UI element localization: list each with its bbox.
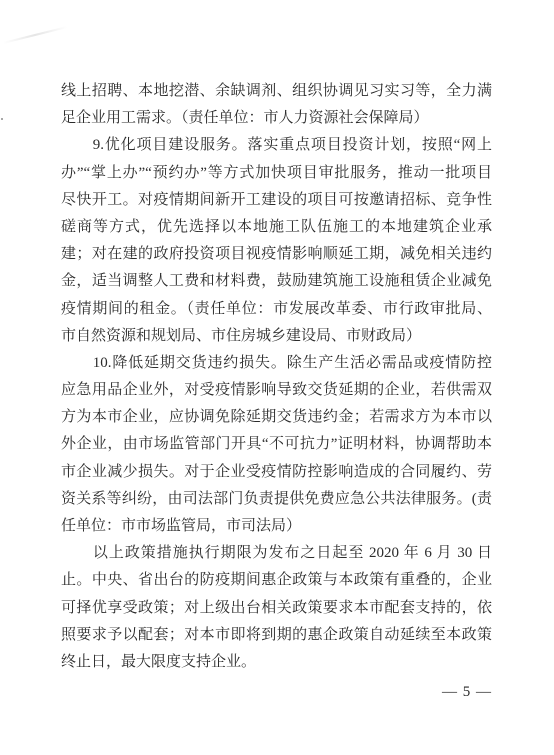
text-line: 磋商等方式，优先选择以本地施工队伍施工的本地建筑企业承 bbox=[61, 214, 492, 241]
document-body: 线上招聘、本地挖潜、余缺调剂、组织协调见习实习等，全力满 足企业用工需求。（责任… bbox=[61, 78, 492, 676]
text-line: 市企业减少损失。对于企业受疫情防控影响造成的合同履约、劳 bbox=[61, 459, 492, 486]
text-line: 办”“掌上办”“预约办”等方式加快项目审批服务，推动一批项目 bbox=[61, 160, 492, 187]
text-line: 照要求予以配套；对本市即将到期的惠企政策自动延续至本政策 bbox=[61, 622, 492, 649]
text-line: 方为本市企业，应协调免除延期交货违约金；若需求方为本市以 bbox=[61, 404, 492, 431]
text-line: 10.降低延期交货违约损失。除生产生活必需品或疫情防控 bbox=[61, 350, 492, 377]
scanned-document-page: 线上招聘、本地挖潜、余缺调剂、组织协调见习实习等，全力满 足企业用工需求。（责任… bbox=[0, 0, 554, 755]
scan-artifact bbox=[1, 118, 3, 120]
text-line: 市自然资源和规划局、市住房城乡建设局、市财政局） bbox=[61, 323, 492, 350]
scan-artifact bbox=[3, 26, 68, 44]
text-line: 足企业用工需求。（责任单位：市人力资源社会保障局） bbox=[61, 105, 492, 132]
text-line: 尽快开工。对疫情期间新开工建设的项目可按邀请招标、竞争性 bbox=[61, 187, 492, 214]
text-line: 应急用品企业外，对受疫情影响导致交货延期的企业，若供需双 bbox=[61, 377, 492, 404]
text-line: 终止日，最大限度支持企业。 bbox=[61, 649, 492, 676]
text-line: 止。中央、省出台的防疫期间惠企政策与本政策有重叠的，企业 bbox=[61, 567, 492, 594]
text-line: 疫情期间的租金。（责任单位：市发展改革委、市行政审批局、 bbox=[61, 296, 492, 323]
text-line: 金，适当调整人工费和材料费，鼓励建筑施工设施租赁企业减免 bbox=[61, 268, 492, 295]
text-line: 线上招聘、本地挖潜、余缺调剂、组织协调见习实习等，全力满 bbox=[61, 78, 492, 105]
page-number: — 5 — bbox=[442, 684, 492, 701]
text-line: 建；对在建的政府投资项目视疫情影响顺延工期，减免相关违约 bbox=[61, 241, 492, 268]
text-line: 资关系等纠纷，由司法部门负责提供免费应急公共法律服务。(责 bbox=[61, 486, 492, 513]
text-line: 任单位：市市场监管局，市司法局） bbox=[61, 513, 492, 540]
text-line: 外企业，由市场监管部门开具“不可抗力”证明材料，协调帮助本 bbox=[61, 431, 492, 458]
text-line: 9.优化项目建设服务。落实重点项目投资计划，按照“网上 bbox=[61, 132, 492, 159]
text-line: 以上政策措施执行期限为发布之日起至 2020 年 6 月 30 日 bbox=[61, 540, 492, 567]
text-line: 可择优享受政策；对上级出台相关政策要求本市配套支持的，依 bbox=[61, 595, 492, 622]
